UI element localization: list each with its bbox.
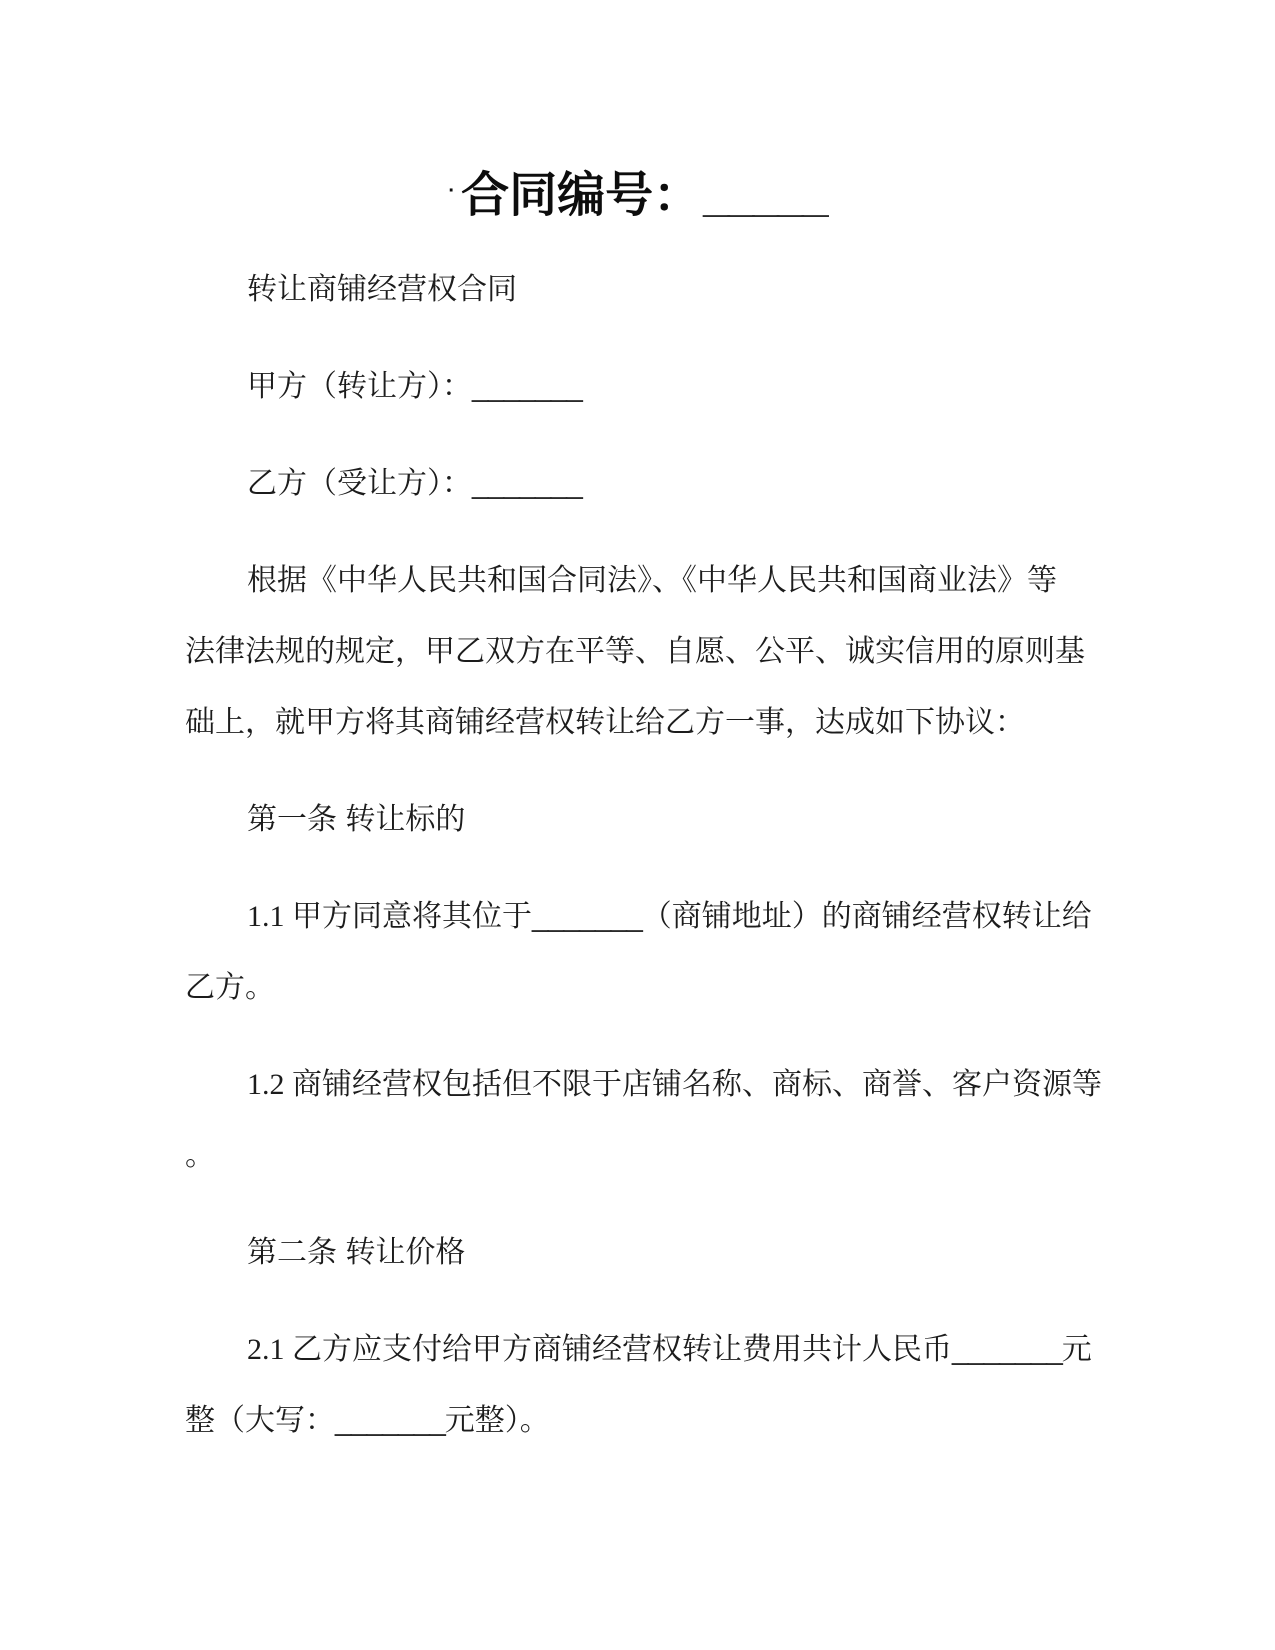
- contract-text: 元: [1062, 1333, 1092, 1366]
- contract-line: 第一条 转让标的: [185, 784, 1215, 855]
- contract-text: 。: [185, 1139, 215, 1172]
- contract-line: 整（大写：_______元整）。: [185, 1385, 1215, 1456]
- contract-text: 整（大写：: [185, 1404, 335, 1437]
- contract-document-page: ·合同编号：_____ 转让商铺经营权合同甲方（转让方）：_______乙方（受…: [0, 0, 1275, 1650]
- contract-line: 1.2 商铺经营权包括但不限于店铺名称、商标、商誉、客户资源等: [185, 1049, 1215, 1120]
- contract-line: 。: [185, 1120, 1215, 1191]
- contract-line: 转让商铺经营权合同: [185, 254, 1215, 325]
- fill-in-blank: _______: [952, 1333, 1062, 1366]
- contract-text: 第一条 转让标的: [247, 803, 465, 836]
- contract-text: 乙方（受让方）：: [247, 467, 472, 500]
- contract-line: 甲方（转让方）：_______: [185, 351, 1215, 422]
- contract-text: 第二条 转让价格: [247, 1236, 465, 1269]
- contract-text: 元整）。: [445, 1404, 550, 1437]
- clause-number: 1.1: [247, 900, 292, 933]
- contract-number-heading: ·合同编号：_____: [0, 0, 1275, 229]
- contract-line: 2.1 乙方应支付给甲方商铺经营权转让费用共计人民币_______元: [185, 1314, 1215, 1385]
- contract-text: 根据《中华人民共和国合同法》、《中华人民共和国商业法》等: [247, 564, 1057, 597]
- contract-text: 础上，就甲方将其商铺经营权转让给乙方一事，达成如下协议：: [185, 706, 1025, 739]
- contract-text: 甲方同意将其位于: [292, 900, 532, 933]
- contract-text: 转让商铺经营权合同: [247, 273, 517, 306]
- bullet-dot: ·: [448, 180, 455, 202]
- fill-in-blank: _______: [472, 467, 582, 500]
- contract-number-blank: _____: [703, 169, 826, 222]
- contract-text: 法律法规的规定，甲乙双方在平等、自愿、公平、诚实信用的原则基: [185, 635, 1085, 668]
- document-body: 转让商铺经营权合同甲方（转让方）：_______乙方（受让方）：_______根…: [0, 254, 1275, 1456]
- contract-line: 法律法规的规定，甲乙双方在平等、自愿、公平、诚实信用的原则基: [185, 616, 1215, 687]
- contract-number-label: 合同编号：: [461, 169, 701, 222]
- fill-in-blank: _______: [532, 900, 642, 933]
- contract-text: 乙方。: [185, 971, 275, 1004]
- contract-line: 根据《中华人民共和国合同法》、《中华人民共和国商业法》等: [185, 545, 1215, 616]
- contract-line: 乙方。: [185, 952, 1215, 1023]
- fill-in-blank: _______: [472, 370, 582, 403]
- fill-in-blank: _______: [335, 1404, 445, 1437]
- contract-text: 甲方（转让方）：: [247, 370, 472, 403]
- contract-text: 商铺经营权包括但不限于店铺名称、商标、商誉、客户资源等: [292, 1068, 1102, 1101]
- contract-line: 乙方（受让方）：_______: [185, 448, 1215, 519]
- contract-line: 1.1 甲方同意将其位于_______（商铺地址）的商铺经营权转让给: [185, 881, 1215, 952]
- contract-line: 础上，就甲方将其商铺经营权转让给乙方一事，达成如下协议：: [185, 687, 1215, 758]
- clause-number: 1.2: [247, 1068, 292, 1101]
- contract-line: 第二条 转让价格: [185, 1217, 1215, 1288]
- clause-number: 2.1: [247, 1333, 292, 1366]
- contract-text: （商铺地址）的商铺经营权转让给: [642, 900, 1092, 933]
- contract-text: 乙方应支付给甲方商铺经营权转让费用共计人民币: [292, 1333, 952, 1366]
